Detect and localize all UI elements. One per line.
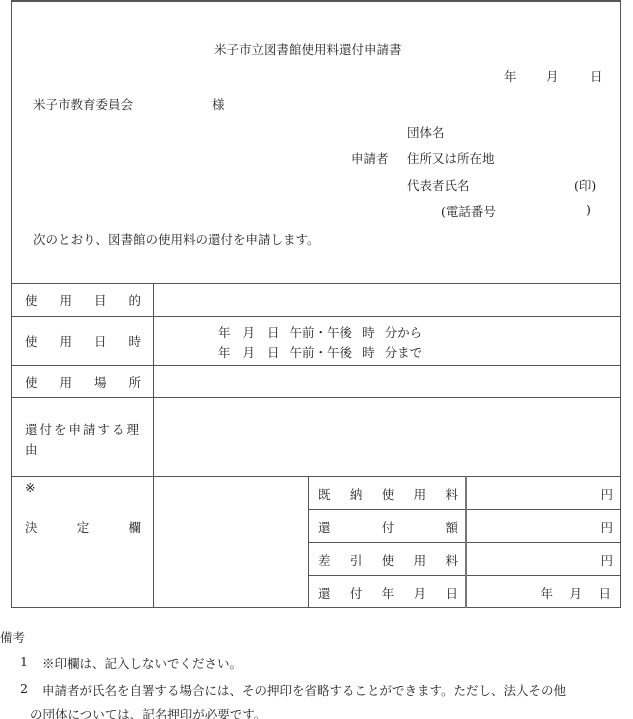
note-text: ※印欄は、記入しないでください。 (42, 654, 242, 672)
note-number: 2 (20, 681, 28, 696)
seal-mark: (印) (574, 176, 596, 194)
notes-heading: 備考 (0, 628, 25, 646)
phone-label: (電話番号 (441, 202, 496, 220)
refund-date-value: 年 月 日 (540, 584, 613, 602)
intro-text: 次のとおり、図書館の使用料の還付を申請します。 (33, 230, 320, 248)
representative-label: 代表者氏名 (407, 176, 470, 194)
net-fee-label: 差引使用料 (318, 551, 458, 569)
col-divider (308, 476, 309, 608)
col-divider (153, 283, 154, 608)
fee-paid-label: 既納使用料 (318, 485, 458, 503)
row-divider (11, 365, 621, 366)
net-fee-value: 円 (600, 551, 613, 569)
row-divider (11, 283, 621, 284)
refund-amount-label: 還付額 (318, 518, 458, 536)
group-name-label: 団体名 (407, 123, 445, 141)
note-text-continued: の団体については、記名押印が必要です。 (30, 705, 266, 719)
row-divider (11, 316, 621, 317)
fee-paid-value: 円 (600, 485, 613, 503)
refund-date-label: 還付年月日 (318, 584, 458, 602)
applicant-label: 申請者 (351, 149, 389, 167)
place-label: 使用場所 (25, 373, 141, 391)
note-number: 1 (20, 654, 28, 669)
datetime-from[interactable]: 年月日午前・午後時分から (218, 323, 422, 341)
row-divider (11, 476, 621, 477)
addressee: 米子市教育委員会 (33, 95, 133, 113)
decision-mark: ※ (25, 480, 35, 495)
phone-close: ) (586, 202, 591, 217)
reason-label: 還付を申請する理由 (25, 420, 147, 460)
decision-label: 決定欄 (25, 518, 141, 536)
form-title: 米子市立図書館使用料還付申請書 (214, 40, 402, 58)
address-label: 住所又は所在地 (407, 149, 495, 167)
col-divider (465, 476, 467, 608)
date-year: 年 (504, 67, 517, 85)
row-divider (11, 397, 621, 398)
datetime-label: 使用日時 (25, 332, 141, 350)
honorific: 様 (212, 95, 225, 113)
reason-field[interactable] (155, 399, 619, 474)
date-month: 月 (546, 67, 559, 85)
place-field[interactable] (155, 367, 619, 395)
refund-amount-value: 円 (600, 518, 613, 536)
purpose-label: 使用目的 (25, 291, 141, 309)
note-text: 申請者が氏名を自署する場合には、その押印を省略することができます。ただし、法人そ… (42, 681, 566, 699)
date-day: 日 (590, 67, 603, 85)
purpose-field[interactable] (155, 285, 619, 315)
datetime-to[interactable]: 年月日午前・午後時分まで (218, 343, 422, 361)
